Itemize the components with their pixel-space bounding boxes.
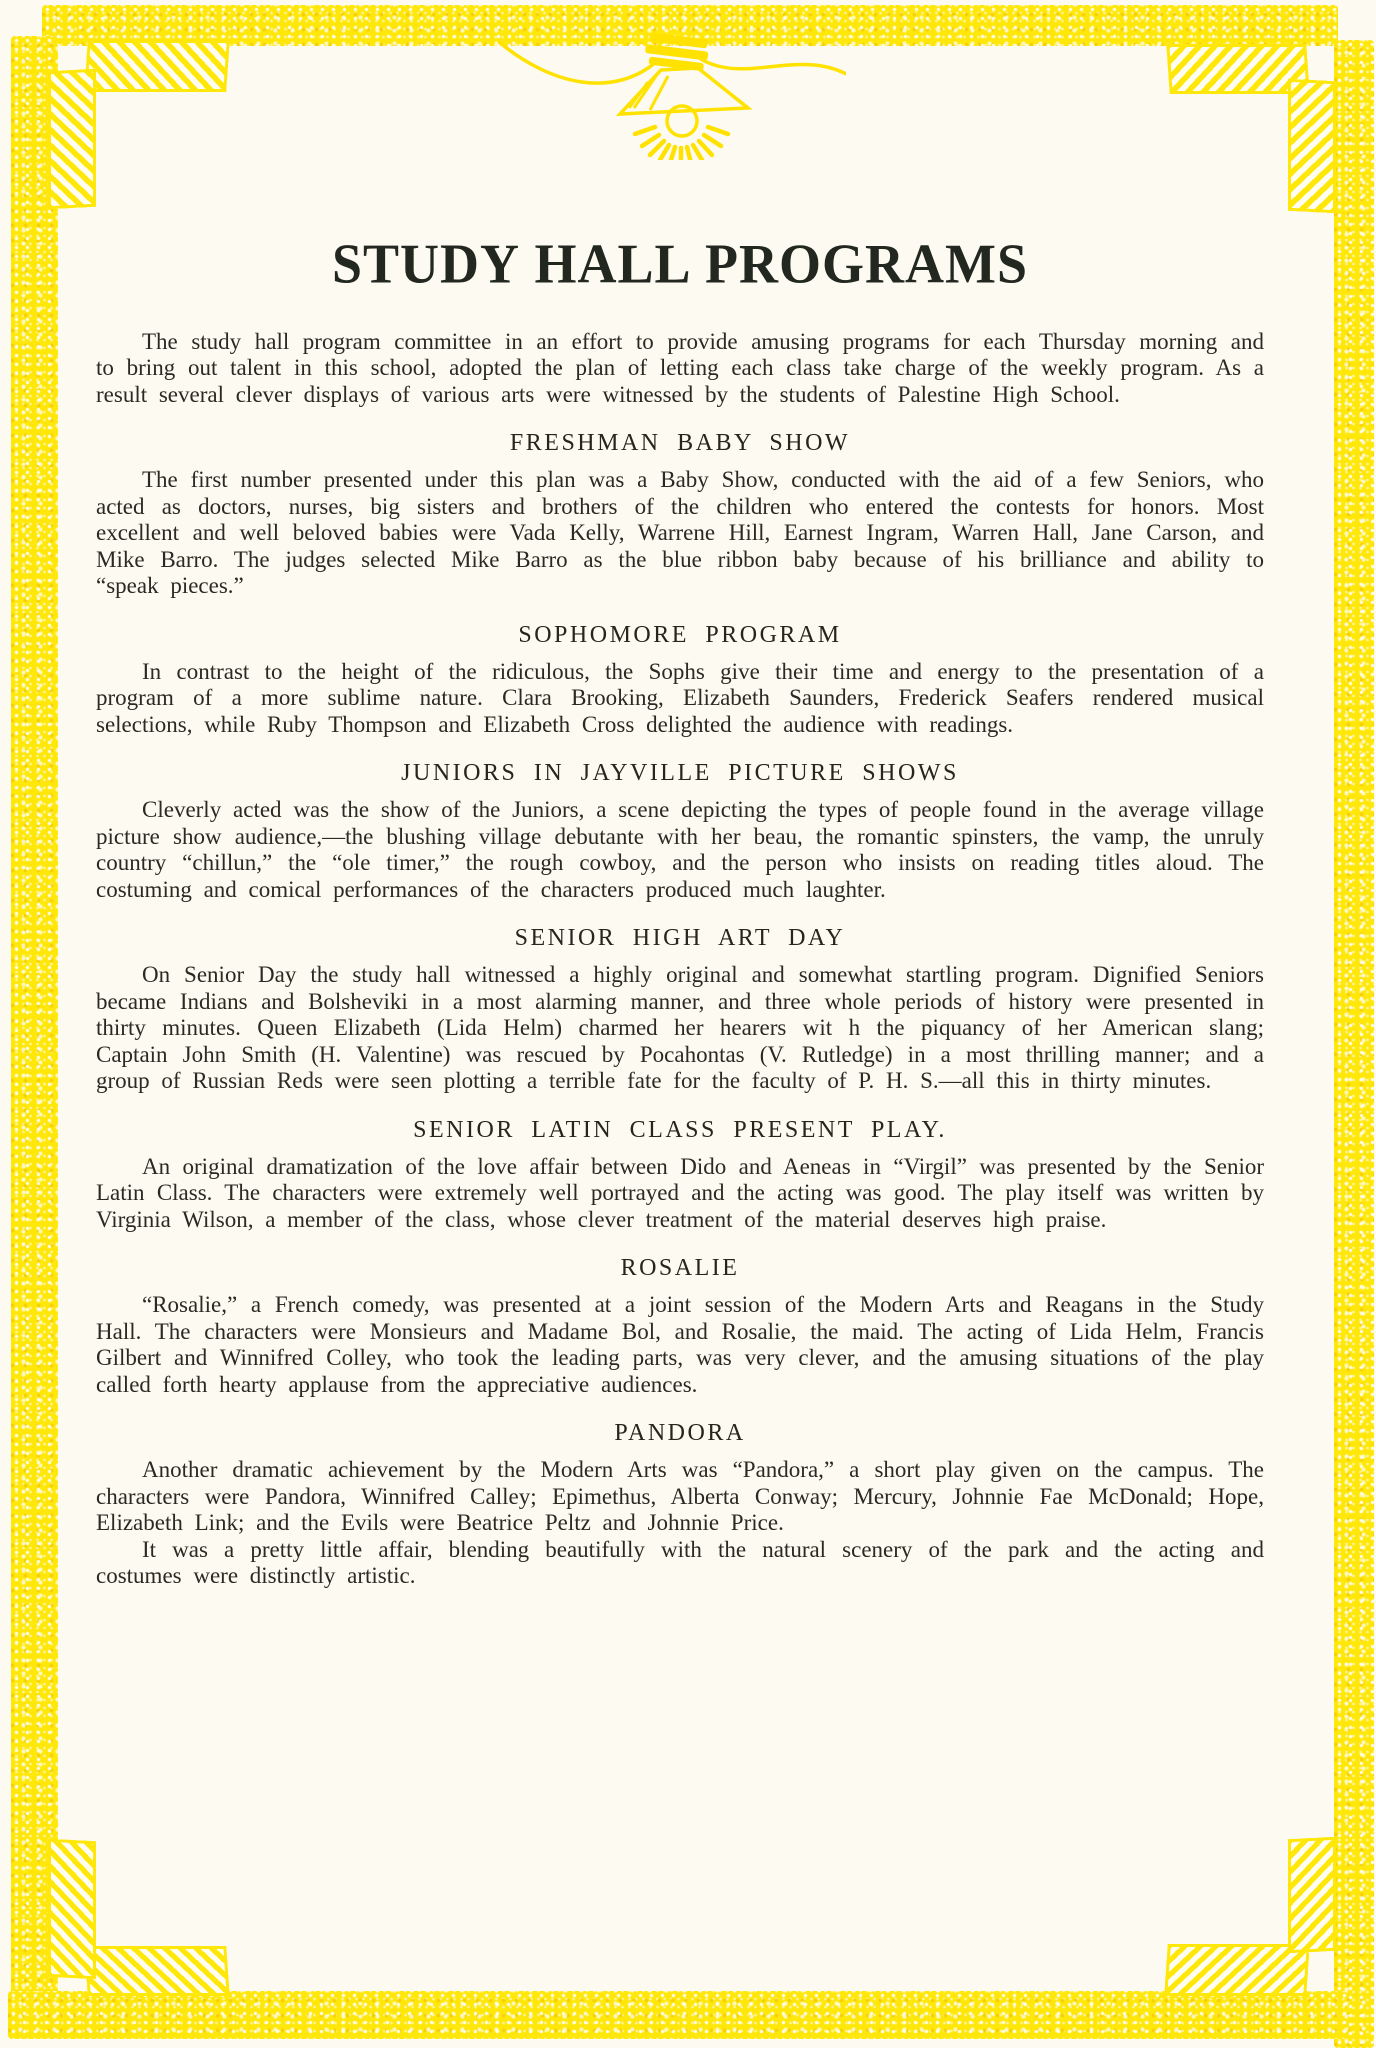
program-section: SENIOR LATIN CLASS PRESENT PLAY. An orig…: [96, 1117, 1264, 1234]
section-paragraphs: “Rosalie,” a French comedy, was presente…: [96, 1292, 1264, 1398]
section-paragraphs: The first number presented under this pl…: [96, 467, 1264, 600]
program-section: SENIOR HIGH ART DAY On Senior Day the st…: [96, 925, 1264, 1095]
section-heading: SENIOR LATIN CLASS PRESENT PLAY.: [96, 1117, 1264, 1144]
section-heading: SENIOR HIGH ART DAY: [96, 925, 1264, 952]
yearbook-page: STUDY HALL PROGRAMS The study hall progr…: [0, 0, 1376, 2048]
program-section: JUNIORS IN JAYVILLE PICTURE SHOWS Clever…: [96, 760, 1264, 903]
section-paragraph: In contrast to the height of the ridicul…: [96, 659, 1264, 739]
section-paragraphs: An original dramatization of the love af…: [96, 1154, 1264, 1234]
intro-paragraph: The study hall program committee in an e…: [96, 329, 1264, 409]
section-paragraph: An original dramatization of the love af…: [96, 1154, 1264, 1234]
section-heading: PANDORA: [96, 1420, 1264, 1447]
section-paragraphs: Cleverly acted was the show of the Junio…: [96, 797, 1264, 903]
program-section: FRESHMAN BABY SHOW The first number pres…: [96, 430, 1264, 600]
sections-container: FRESHMAN BABY SHOW The first number pres…: [96, 430, 1264, 1590]
section-heading: SOPHOMORE PROGRAM: [96, 622, 1264, 649]
section-paragraphs: On Senior Day the study hall witnessed a…: [96, 962, 1264, 1095]
program-section: ROSALIE “Rosalie,” a French comedy, was …: [96, 1255, 1264, 1398]
section-paragraphs: In contrast to the height of the ridicul…: [96, 659, 1264, 739]
section-paragraph: The first number presented under this pl…: [96, 467, 1264, 600]
section-paragraph: It was a pretty little affair, blending …: [96, 1537, 1264, 1590]
section-paragraph: “Rosalie,” a French comedy, was presente…: [96, 1292, 1264, 1398]
section-paragraph: On Senior Day the study hall witnessed a…: [96, 962, 1264, 1095]
section-paragraphs: Another dramatic achievement by the Mode…: [96, 1457, 1264, 1590]
section-paragraph: Cleverly acted was the show of the Junio…: [96, 797, 1264, 903]
section-heading: FRESHMAN BABY SHOW: [96, 430, 1264, 457]
program-section: PANDORA Another dramatic achievement by …: [96, 1420, 1264, 1590]
program-section: SOPHOMORE PROGRAM In contrast to the hei…: [96, 622, 1264, 739]
page-content: STUDY HALL PROGRAMS The study hall progr…: [0, 0, 1376, 2048]
section-heading: ROSALIE: [96, 1255, 1264, 1282]
page-title: STUDY HALL PROGRAMS: [96, 235, 1264, 294]
section-paragraph: Another dramatic achievement by the Mode…: [96, 1457, 1264, 1537]
section-heading: JUNIORS IN JAYVILLE PICTURE SHOWS: [96, 760, 1264, 787]
